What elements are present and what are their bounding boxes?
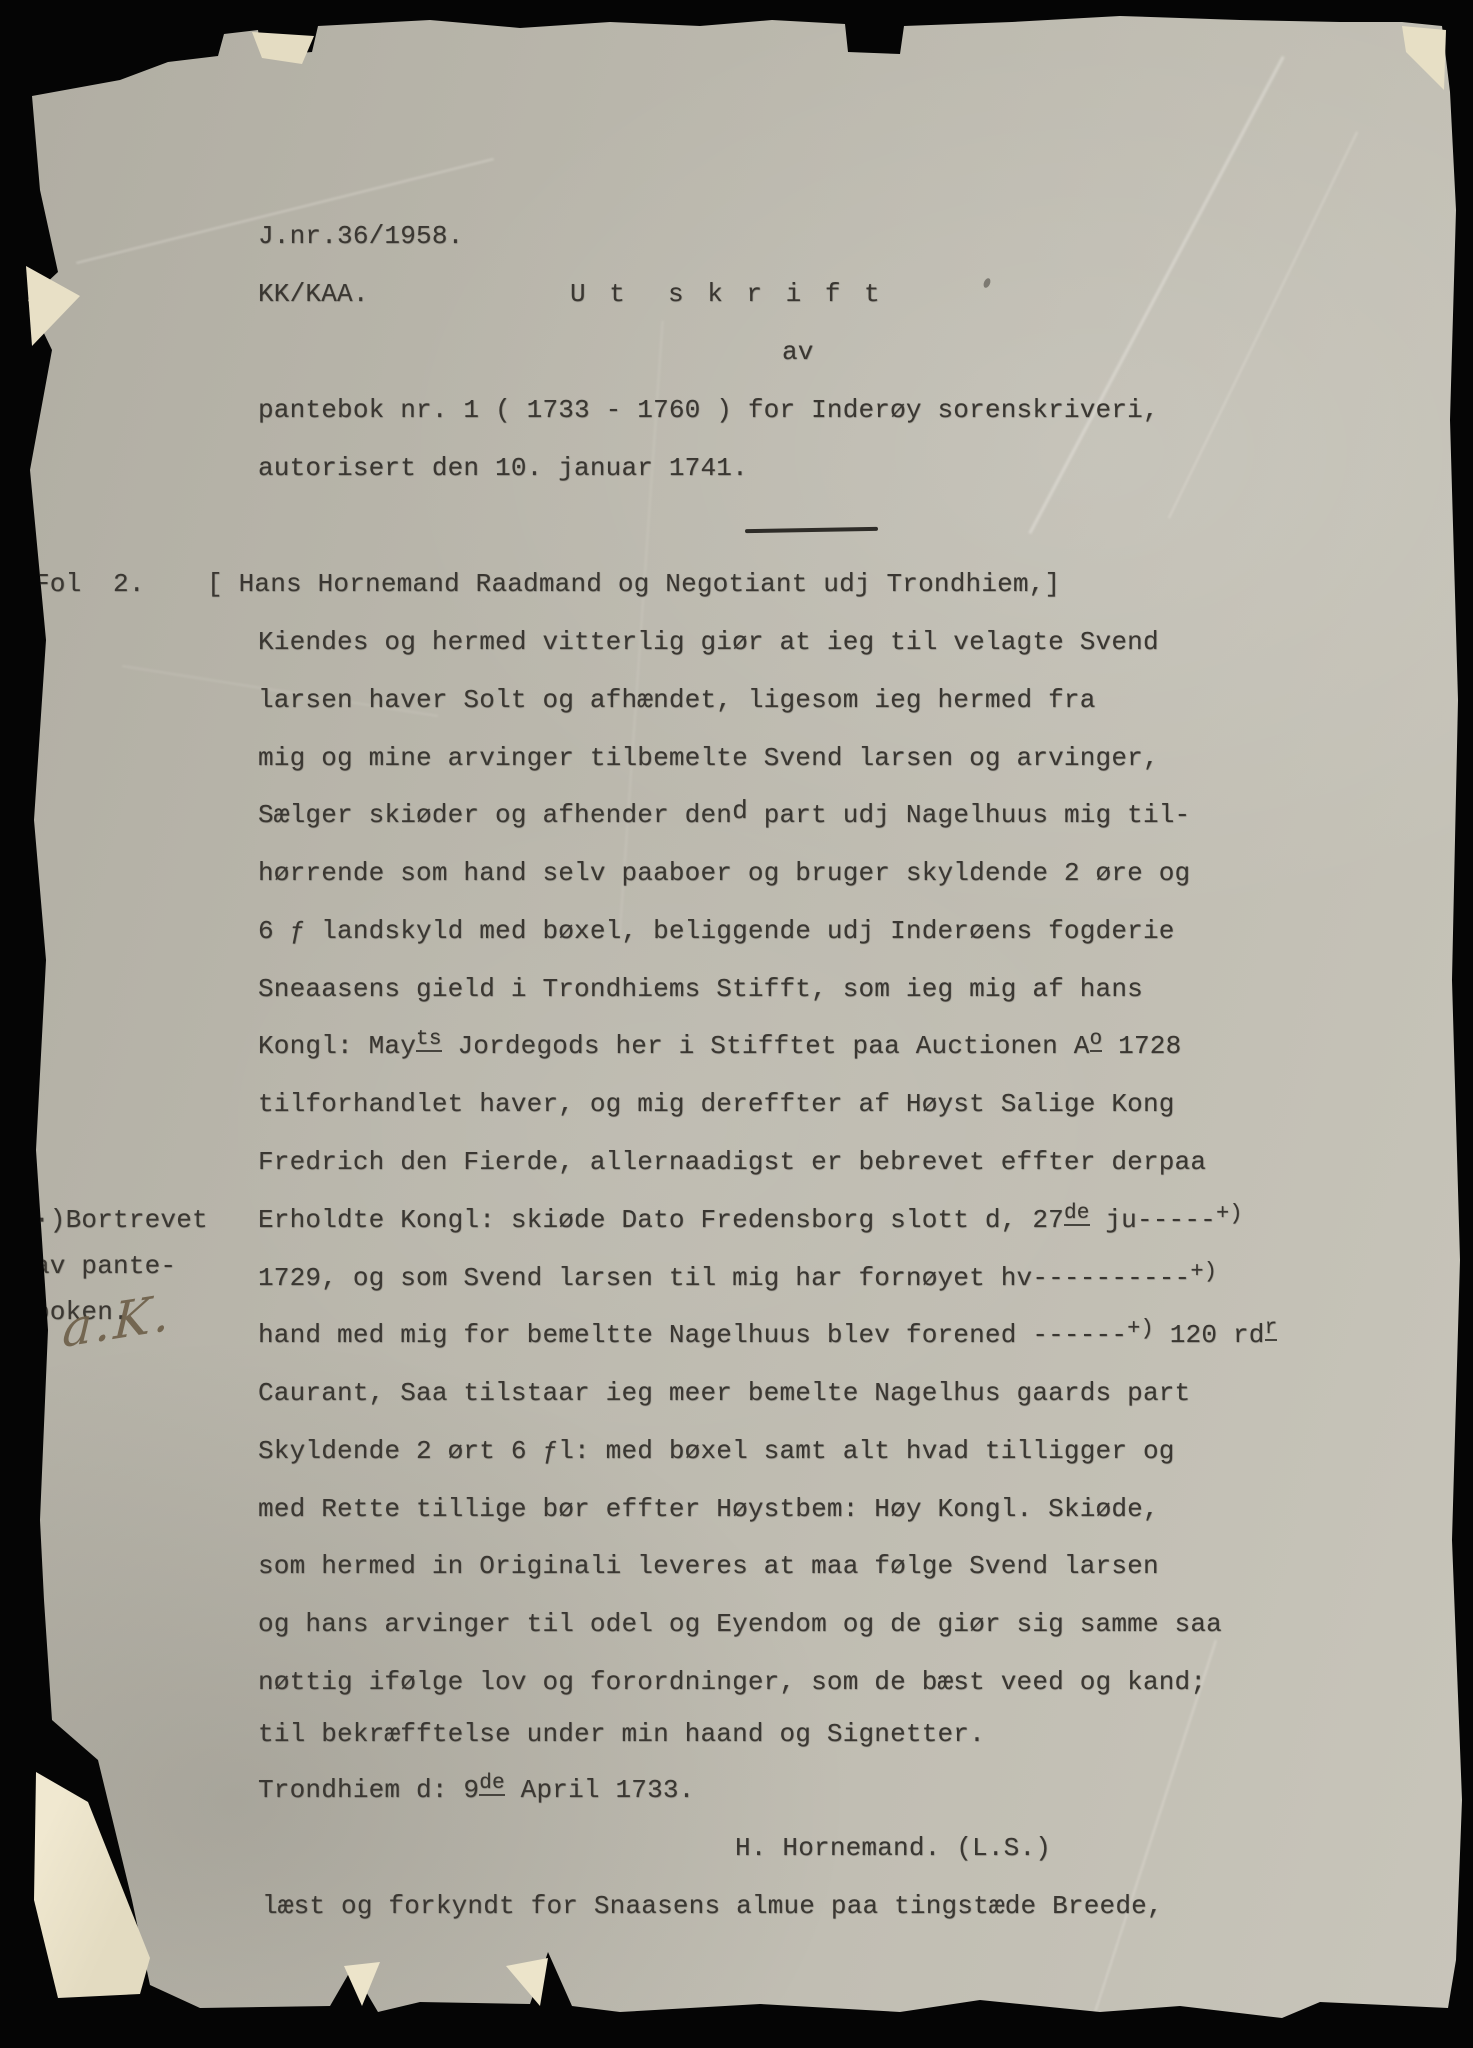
line-fragment: ju----- (1090, 1205, 1216, 1235)
line-fragment: Sælger skiøder og afhender den (258, 800, 732, 830)
document-title: U t s k r i f t (570, 280, 884, 310)
line-fragment: 120 rd (1154, 1320, 1265, 1350)
closing-line: læst og forkyndt for Snaasens almue paa … (262, 1892, 1163, 1922)
typewritten-line: Caurant, Saa tilstaar ieg meer bemelte N… (258, 1379, 1190, 1409)
typewritten-line: 1729, og som Svend larsen til mig har fo… (258, 1264, 1217, 1294)
typewritten-line: Kiendes og hermed vitterlig giør at ieg … (258, 628, 1159, 658)
typewritten-line: Kongl: Mayts Jordegods her i Stifftet pa… (258, 1032, 1181, 1062)
ink-speck (982, 277, 992, 289)
footnote-marker: +) (1127, 1318, 1154, 1340)
typewritten-line: som hermed in Originali leveres at maa f… (258, 1552, 1159, 1582)
superscript-abbrev: o (1090, 1029, 1103, 1052)
typewritten-line: 6 ƒ landskyld med bøxel, beliggende udj … (258, 917, 1175, 947)
line-fragment: 1729, og som Svend larsen til mig har fo… (258, 1263, 1190, 1293)
typewritten-line: med Rette tillige bør effter Høystbem: H… (258, 1495, 1159, 1525)
signature-line: H. Hornemand. (L.S.) (735, 1834, 1051, 1864)
clerk-initials: KK/KAA. (258, 280, 369, 310)
margin-note: ·)Bortrevet (34, 1206, 208, 1236)
superscript-abbrev: r (1265, 1318, 1278, 1341)
typewritten-line: Fredrich den Fierde, allernaadigst er be… (258, 1148, 1206, 1178)
section-divider-line (745, 527, 878, 533)
typewritten-line: larsen haver Solt og afhændet, ligesom i… (258, 686, 1096, 716)
bracket-line: [ Hans Hornemand Raadmand og Negotiant u… (207, 570, 1060, 600)
line-fragment: Kongl: May (258, 1031, 416, 1061)
line-fragment: April 1733. (505, 1775, 695, 1805)
paper-crease (1085, 1640, 1217, 2040)
raised-letter: d (732, 797, 748, 827)
paper-crease (1028, 56, 1284, 534)
typewritten-line: nøttig ifølge lov og forordninger, som d… (258, 1668, 1206, 1698)
footnote-marker: +) (1216, 1203, 1243, 1225)
journal-number: J.nr.36/1958. (258, 222, 463, 252)
line-fragment: Jordegods her i Stifftet paa Auctionen A (442, 1031, 1090, 1061)
typewritten-line: hørrende som hand selv paaboer og bruger… (258, 859, 1190, 889)
typewritten-line: mig og mine arvinger tilbemelte Svend la… (258, 744, 1159, 774)
folio-label: Fol 2. (34, 570, 145, 600)
paper-sheet: J.nr.36/1958. KK/KAA. U t s k r i f t av… (0, 0, 1473, 2048)
typewritten-line: Sneaasens gield i Trondhiems Stifft, som… (258, 975, 1143, 1005)
line-fragment: hand med mig for bemeltte Nagelhuus blev… (258, 1320, 1127, 1350)
typewritten-line: og hans arvinger til odel og Eyendom og … (258, 1610, 1222, 1640)
typewritten-line: hand med mig for bemeltte Nagelhuus blev… (258, 1321, 1277, 1351)
title-connector: av (782, 338, 814, 368)
typewritten-line: Erholdte Kongl: skiøde Dato Fredensborg … (258, 1206, 1243, 1236)
source-line: pantebok nr. 1 ( 1733 - 1760 ) for Inder… (258, 396, 1159, 426)
typewritten-line: til bekræfftelse under min haand og Sign… (258, 1720, 985, 1750)
margin-note: av pante- (34, 1252, 176, 1282)
typewritten-line: Sælger skiøder og afhender dend part udj… (258, 801, 1190, 831)
typewritten-line: tilforhandlet haver, og mig dereffter af… (258, 1090, 1175, 1120)
scan-background: J.nr.36/1958. KK/KAA. U t s k r i f t av… (0, 0, 1473, 2048)
superscript-abbrev: ts (416, 1029, 442, 1052)
handwritten-initials: a.K. (61, 1283, 174, 1360)
typewritten-line: Skyldende 2 ørt 6 ƒl: med bøxel samt alt… (258, 1437, 1175, 1467)
superscript-abbrev: de (1064, 1203, 1090, 1226)
line-fragment: 1728 (1102, 1031, 1181, 1061)
paper-crease (1168, 131, 1358, 518)
line-fragment: part udj Nagelhuus mig til- (748, 800, 1190, 830)
date-line: Trondhiem d: 9de April 1733. (258, 1776, 695, 1806)
line-fragment: Erholdte Kongl: skiøde Dato Fredensborg … (258, 1205, 1064, 1235)
superscript-abbrev: de (479, 1773, 505, 1796)
footnote-marker: +) (1190, 1261, 1217, 1283)
source-line: autorisert den 10. januar 1741. (258, 454, 748, 484)
line-fragment: Trondhiem d: 9 (258, 1775, 479, 1805)
